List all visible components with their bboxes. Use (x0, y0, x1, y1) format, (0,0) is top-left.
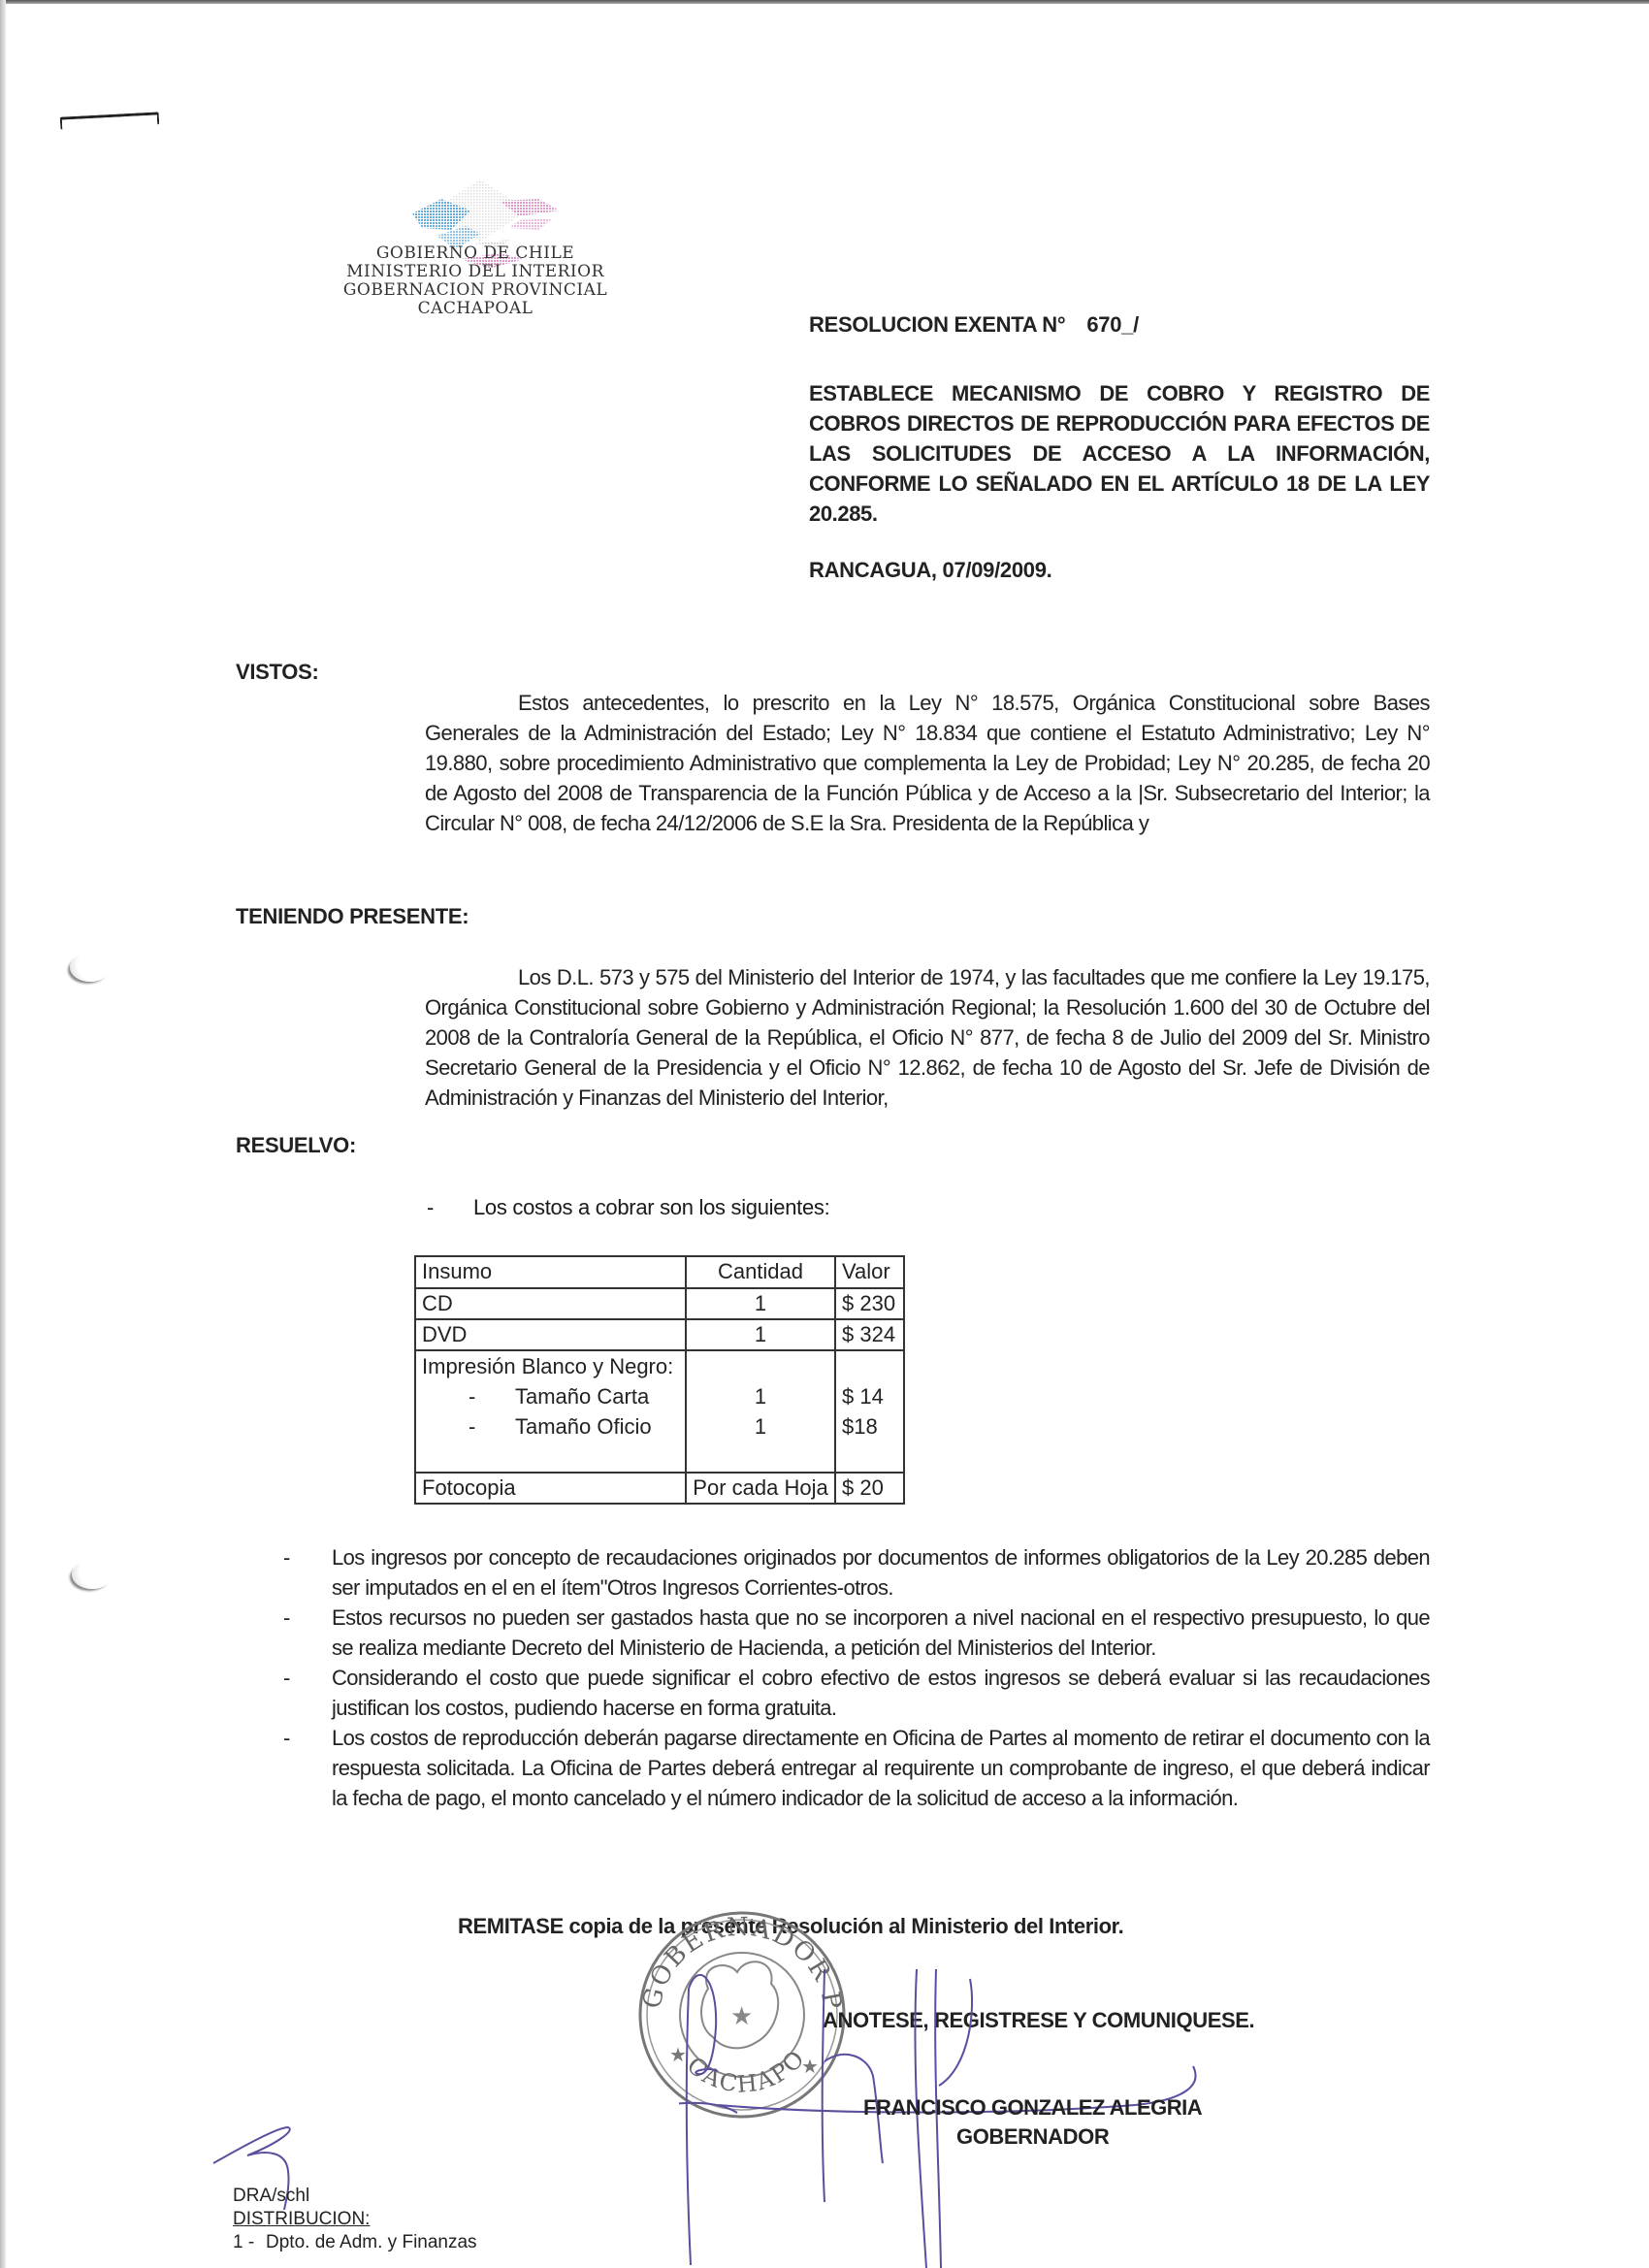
resolution-place-date: RANCAGUA, 07/09/2009. (809, 558, 1430, 583)
table-row-group: Impresión Blanco y Negro: -Tamaño Carta … (415, 1350, 904, 1473)
list-dash: - (279, 1723, 332, 1813)
spacer (422, 1442, 679, 1472)
list-dash: - (279, 1663, 332, 1723)
section-heading-resuelvo: RESUELVO: (236, 1133, 356, 1158)
signer-title: GOBERNADOR (956, 2124, 1109, 2150)
table-header-row: Insumo Cantidad Valor (415, 1256, 904, 1288)
staple-mark (60, 112, 160, 129)
section-heading-teniendo-presente: TENIENDO PRESENTE: (236, 904, 469, 929)
punch-hole (72, 1560, 113, 1589)
list-item: -Los ingresos por concepto de recaudacio… (279, 1542, 1430, 1603)
cell-valor: $18 (842, 1411, 897, 1442)
cell-valor-group: $ 14 $18 (835, 1350, 904, 1473)
cell-cantidad-group: 1 1 (686, 1350, 835, 1473)
cell-cantidad: 1 (693, 1381, 828, 1411)
cell-cantidad: 1 (686, 1319, 835, 1350)
cell-insumo: Tamaño Carta (515, 1384, 649, 1409)
cell-insumo: CD (415, 1288, 686, 1319)
letterhead-line: MINISTERIO DEL INTERIOR (310, 263, 640, 281)
resolution-subject: ESTABLECE MECANISMO DE COBRO Y REGISTRO … (809, 378, 1430, 529)
punch-hole (70, 953, 111, 982)
cell-cantidad: Por cada Hoja (686, 1473, 835, 1504)
costs-intro-text: Los costos a cobrar son los siguientes: (473, 1195, 829, 1219)
list-item: -Los costos de reproducción deberán paga… (279, 1723, 1430, 1813)
table-row: DVD 1 $ 324 (415, 1319, 904, 1350)
column-header-valor: Valor (835, 1256, 904, 1288)
table-row: CD 1 $ 230 (415, 1288, 904, 1319)
footer: DRA/schl DISTRIBUCION: 1 -Dpto. de Adm. … (233, 2185, 477, 2254)
cost-table: Insumo Cantidad Valor CD 1 $ 230 DVD 1 $… (414, 1255, 905, 1505)
cell-valor: $ 20 (835, 1473, 904, 1504)
group-label: Impresión Blanco y Negro: (422, 1351, 679, 1381)
list-dash: - (279, 1603, 332, 1663)
list-dash: - (279, 1542, 332, 1603)
scan-top-edge (0, 0, 1649, 4)
cell-valor: $ 230 (835, 1288, 904, 1319)
table-row: Fotocopia Por cada Hoja $ 20 (415, 1473, 904, 1504)
cell-insumo: Tamaño Oficio (515, 1414, 652, 1439)
distribution-label: DISTRIBUCION: (233, 2208, 477, 2231)
signer-name: FRANCISCO GONZALEZ ALEGRIA (863, 2095, 1202, 2121)
section-heading-vistos: VISTOS: (236, 660, 319, 685)
teniendo-presente-paragraph: Los D.L. 573 y 575 del Ministerio del In… (425, 962, 1430, 1113)
list-item: -Estos recursos no pueden ser gastados h… (279, 1603, 1430, 1663)
cell-valor: $ 324 (835, 1319, 904, 1350)
letterhead-line: GOBIERNO DE CHILE (310, 244, 640, 263)
resolution-number-line: RESOLUCION EXENTA N°670_/ (809, 312, 1430, 338)
letterhead-line: CACHAPOAL (310, 300, 640, 318)
costs-intro: -Los costos a cobrar son los siguientes: (427, 1195, 829, 1220)
cell-insumo: Fotocopia (415, 1473, 686, 1504)
cell-valor: $ 14 (842, 1381, 897, 1411)
distribution-item: 1 -Dpto. de Adm. y Finanzas (233, 2231, 477, 2254)
drafter-initials: DRA/schl (233, 2185, 477, 2208)
cell-cantidad: 1 (693, 1411, 828, 1442)
resolution-bullets: -Los ingresos por concepto de recaudacio… (279, 1542, 1430, 1813)
cell-insumo-group: Impresión Blanco y Negro: -Tamaño Carta … (415, 1350, 686, 1473)
letterhead: GOBIERNO DE CHILE MINISTERIO DEL INTERIO… (310, 244, 640, 318)
group-item: -Tamaño Oficio (422, 1411, 679, 1442)
cell-cantidad: 1 (686, 1288, 835, 1319)
resolution-header: RESOLUCION EXENTA N°670_/ ESTABLECE MECA… (809, 312, 1430, 583)
vistos-paragraph: Estos antecedentes, lo prescrito en la L… (425, 688, 1430, 838)
list-item: -Considerando el costo que puede signifi… (279, 1663, 1430, 1723)
list-dash: - (427, 1195, 473, 1220)
scan-left-edge (0, 0, 6, 2268)
letterhead-line: GOBERNACION PROVINCIAL (310, 281, 640, 300)
teniendo-presente-text: Los D.L. 573 y 575 del Ministerio del In… (425, 965, 1430, 1110)
resolution-number: 670_/ (1086, 312, 1139, 337)
column-header-insumo: Insumo (415, 1256, 686, 1288)
vistos-text: Estos antecedentes, lo prescrito en la L… (425, 691, 1430, 835)
cell-insumo: DVD (415, 1319, 686, 1350)
resolution-label: RESOLUCION EXENTA N° (809, 312, 1065, 337)
column-header-cantidad: Cantidad (686, 1256, 835, 1288)
group-item: -Tamaño Carta (422, 1381, 679, 1411)
